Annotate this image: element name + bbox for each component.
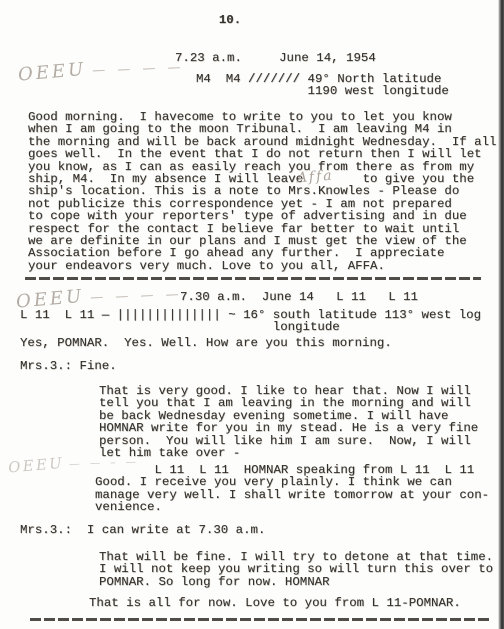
- closing-line: That is all for now. Love to you from L …: [89, 597, 461, 609]
- homnar-speaking-block: L 11 L 11 HOMNAR speaking from L 11 L 11…: [95, 464, 489, 514]
- handwritten-insert-affa: Affa: [296, 168, 334, 187]
- handwritten-mark-1: OEEU — — — —: [18, 57, 185, 84]
- handwriting-word: OEEU: [17, 59, 87, 86]
- page-number: 10.: [0, 14, 460, 26]
- scan-edge-shadow: [498, 0, 504, 629]
- handwriting-dashes: — — — —: [90, 287, 183, 305]
- session2-time-date: 7.30 a.m. June 14 L 11 L 11: [180, 291, 418, 303]
- session1-body-text: Good morning. I havecome to write to you…: [28, 111, 496, 272]
- session2-coordinates: L 11 L 11 — |||||||||||||| ~ 16° south l…: [20, 309, 481, 334]
- handwriting-word: OEEU: [8, 455, 65, 477]
- session2-greeting: Yes, POMNAR. Yes. Well. How are you this…: [20, 337, 392, 349]
- scanned-letter-page: 10. 7.23 a.m. June 14, 1954 OEEU — — — —…: [0, 0, 504, 629]
- separator-line-1: [25, 277, 481, 280]
- handwriting-dashes: — — — —: [92, 60, 185, 78]
- session1-coordinates: M4 M4 /////// 49° North latitude 1190 we…: [196, 73, 449, 98]
- separator-line-2: [30, 618, 492, 621]
- mrs-s-reply-2: Mrs.3.: I can write at 7.30 a.m.: [20, 524, 265, 536]
- session2-paragraph-2: That will be fine. I will try to detone …: [99, 551, 493, 588]
- mrs-s-reply-1: Mrs.3.: Fine.: [20, 360, 117, 372]
- session1-time-date: 7.23 a.m. June 14, 1954: [175, 52, 376, 64]
- handwritten-mark-2: OEEU — — — —: [16, 284, 183, 311]
- session2-paragraph-1: That is very good. I like to hear that. …: [99, 385, 478, 459]
